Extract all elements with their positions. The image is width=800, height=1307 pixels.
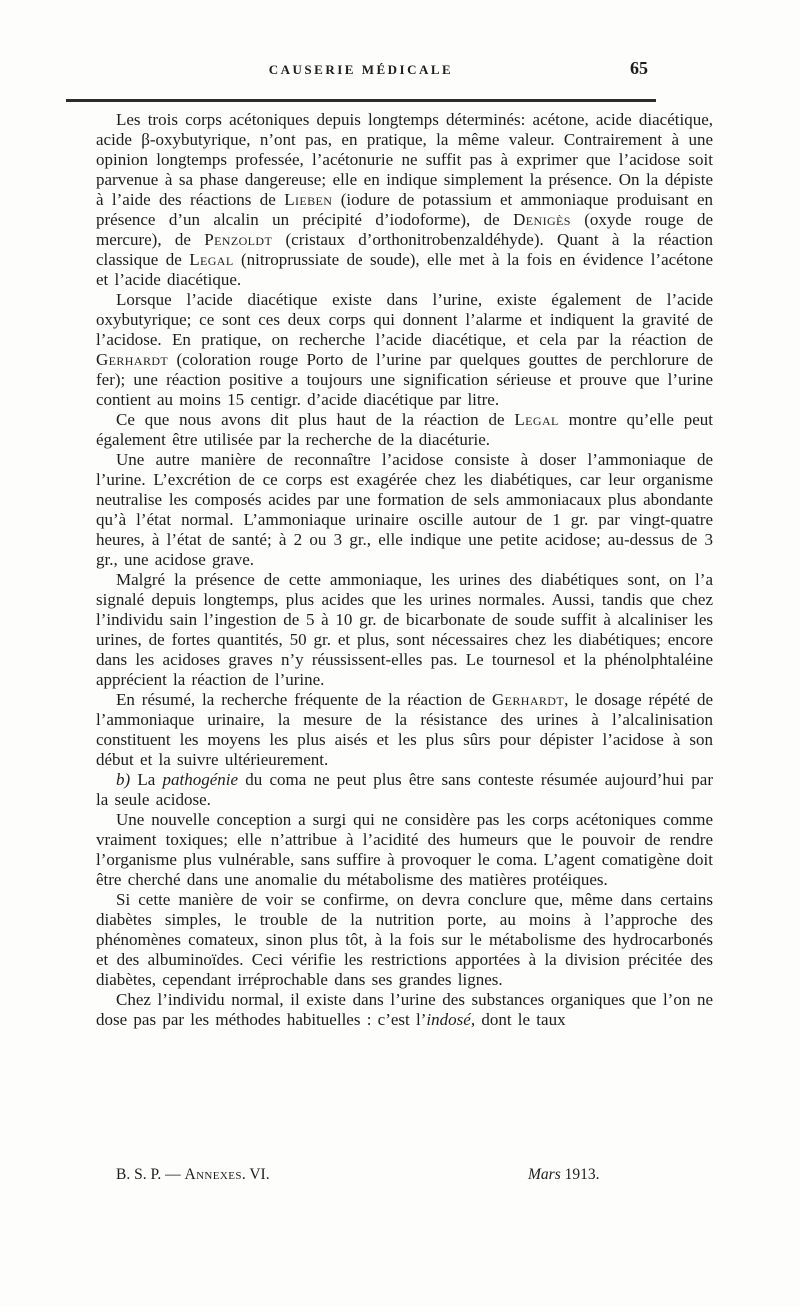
text-run: Denigès (513, 210, 571, 229)
text-run: B. S. P. — (116, 1166, 185, 1183)
header-rule (66, 99, 656, 102)
text-run: indosé (426, 1010, 470, 1029)
text-run: Gerhardt (492, 690, 564, 709)
text-run: Legal (514, 410, 558, 429)
paragraph: Une nouvelle conception a surgi qui ne c… (96, 810, 713, 890)
paragraph: Chez l’individu normal, il existe dans l… (96, 990, 713, 1030)
paragraph: En résumé, la recherche fréquente de la … (96, 690, 713, 770)
text-run: Annexes (185, 1166, 242, 1183)
page-number: 65 (630, 58, 648, 79)
text-run: Lieben (284, 190, 332, 209)
text-run: La (130, 770, 162, 789)
paragraph: Si cette manière de voir se confirme, on… (96, 890, 713, 990)
paragraph: Une autre manière de reconnaître l’acido… (96, 450, 713, 570)
text-run: pathogénie (163, 770, 239, 789)
text-run: Chez l’individu normal, il existe dans l… (96, 990, 713, 1029)
text-run: Legal (189, 250, 233, 269)
footer-signature: B. S. P. — Annexes. VI. (116, 1166, 270, 1184)
paragraph: Ce que nous avons dit plus haut de la ré… (96, 410, 713, 450)
text-run: Une autre manière de reconnaître l’acido… (96, 450, 713, 569)
paragraph: b) La pathogénie du coma ne peut plus êt… (96, 770, 713, 810)
scanned-page: CAUSERIE MÉDICALE 65 Les trois corps acé… (0, 0, 800, 1307)
text-run: Malgré la présence de cette ammoniaque, … (96, 570, 713, 689)
text-run: 1913. (561, 1166, 600, 1183)
text-run: Une nouvelle conception a surgi qui ne c… (96, 810, 713, 889)
running-head: CAUSERIE MÉDICALE (66, 62, 656, 78)
text-run: . VI. (242, 1166, 270, 1183)
paragraph: Malgré la présence de cette ammoniaque, … (96, 570, 713, 690)
text-run: , dont le taux (471, 1010, 566, 1029)
text-run: En résumé, la recherche fréquente de la … (116, 690, 492, 709)
paragraph: Lorsque l’acide diacétique existe dans l… (96, 290, 713, 410)
text-run: b) (116, 770, 130, 789)
text-run: Mars (528, 1166, 561, 1183)
footer-date: Mars 1913. (528, 1166, 599, 1184)
text-run: Ce que nous avons dit plus haut de la ré… (116, 410, 514, 429)
text-run: Gerhardt (96, 350, 168, 369)
text-run: Si cette manière de voir se confirme, on… (96, 890, 713, 989)
paragraph: Les trois corps acétoniques depuis longt… (96, 110, 713, 290)
text-run: Lorsque l’acide diacétique existe dans l… (96, 290, 713, 349)
text-run: Penzoldt (204, 230, 272, 249)
body-text: Les trois corps acétoniques depuis longt… (96, 110, 713, 1030)
text-run: (coloration rouge Porto de l’urine par q… (96, 350, 713, 409)
